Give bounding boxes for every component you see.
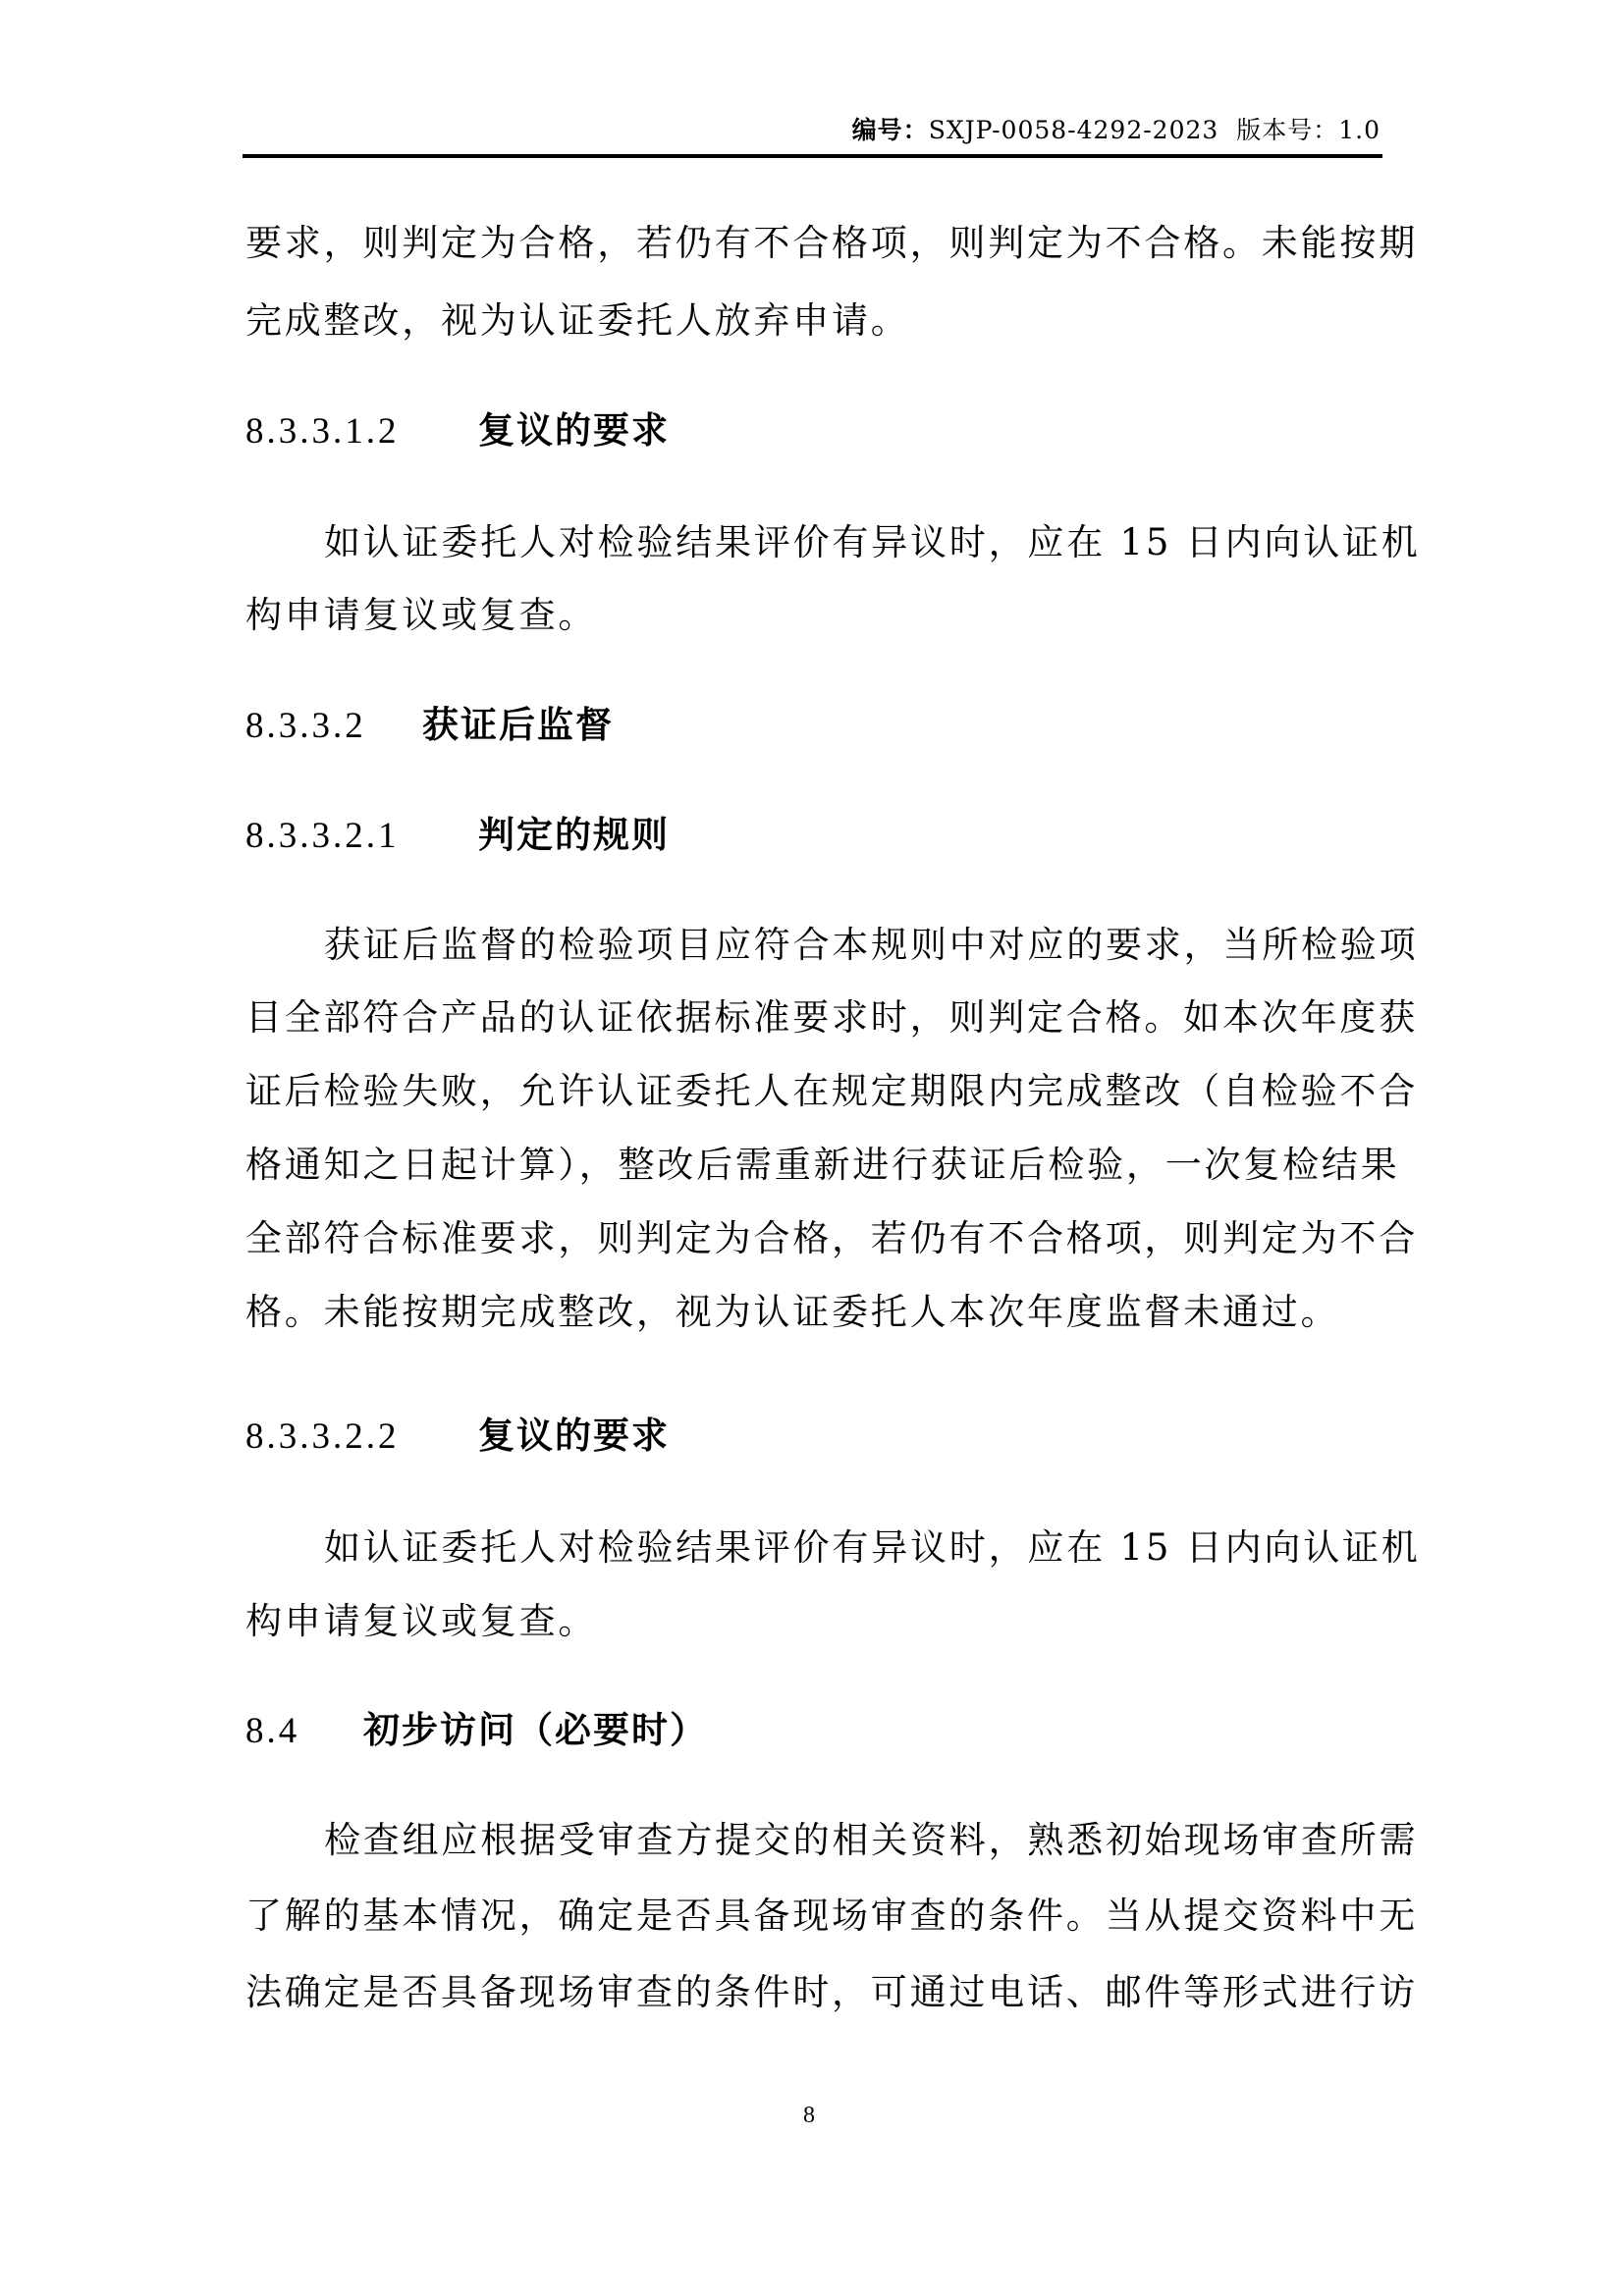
paragraph-line: 了解的基本情况，确定是否具备现场审查的条件。当从提交资料中无	[245, 1895, 1382, 1938]
paragraph-line: 目全部符合产品的认证依据标准要求时，则判定合格。如本次年度获	[245, 996, 1382, 1040]
section-number: 8.3.3.2.1	[245, 815, 478, 858]
section-heading-8-3-3-2-2: 8.3.3.2.2复议的要求	[245, 1414, 670, 1459]
paragraph-line: 如认证委托人对检验结果评价有异议时，应在 15 日内向认证机	[324, 521, 1382, 564]
doc-number-label: 编号：	[852, 116, 929, 144]
paragraph-line: 法确定是否具备现场审查的条件时，可通过电话、邮件等形式进行访	[245, 1971, 1382, 2014]
header-divider	[243, 154, 1382, 158]
paragraph-line: 构申请复议或复查。	[245, 594, 1382, 637]
paragraph-line: 获证后监督的检验项目应符合本规则中对应的要求，当所检验项	[324, 924, 1382, 967]
section-title: 判定的规则	[478, 813, 670, 856]
section-number: 8.3.3.2	[245, 705, 422, 748]
section-title: 复议的要求	[478, 1414, 670, 1457]
section-title: 获证后监督	[422, 703, 614, 746]
page-number: 8	[803, 2101, 815, 2130]
paragraph-line: 格。未能按期完成整改，视为认证委托人本次年度监督未通过。	[245, 1291, 1382, 1334]
section-number: 8.4	[245, 1710, 363, 1753]
page-header: 编号：SXJP-0058-4292-2023 版本号：1.0	[852, 116, 1380, 145]
section-number: 8.3.3.2.2	[245, 1415, 478, 1459]
paragraph-line: 证后检验失败，允许认证委托人在规定期限内完成整改（自检验不合	[245, 1070, 1382, 1113]
section-title: 复议的要求	[478, 408, 670, 452]
paragraph-line: 全部符合标准要求，则判定为合格，若仍有不合格项，则判定为不合	[245, 1217, 1382, 1260]
section-heading-8-3-3-1-2: 8.3.3.1.2复议的要求	[245, 408, 670, 454]
section-heading-8-3-3-2-1: 8.3.3.2.1判定的规则	[245, 813, 670, 858]
paragraph-line: 要求，则判定为合格，若仍有不合格项，则判定为不合格。未能按期	[245, 222, 1382, 265]
paragraph-line: 完成整改，视为认证委托人放弃申请。	[245, 299, 1382, 343]
section-heading-8-3-3-2: 8.3.3.2获证后监督	[245, 703, 614, 748]
paragraph-line: 构申请复议或复查。	[245, 1600, 1382, 1643]
section-number: 8.3.3.1.2	[245, 410, 478, 454]
version-label: 版本号：	[1236, 116, 1338, 144]
document-page: 编号：SXJP-0058-4292-2023 版本号：1.0 要求，则判定为合格…	[0, 0, 1624, 2296]
paragraph-line: 如认证委托人对检验结果评价有异议时，应在 15 日内向认证机	[324, 1526, 1382, 1570]
paragraph-line: 格通知之日起计算），整改后需重新进行获证后检验，一次复检结果	[245, 1144, 1382, 1187]
paragraph-line: 检查组应根据受审查方提交的相关资料，熟悉初始现场审查所需	[324, 1819, 1382, 1862]
section-heading-8-4: 8.4初步访问（必要时）	[245, 1708, 708, 1753]
version-number: 1.0	[1338, 116, 1380, 144]
section-title: 初步访问（必要时）	[363, 1708, 708, 1751]
doc-number: SXJP-0058-4292-2023	[929, 116, 1219, 144]
